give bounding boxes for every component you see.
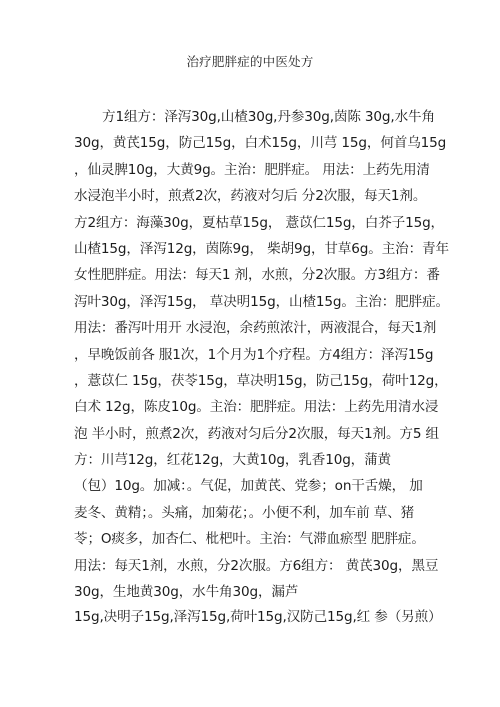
text-line: 15g,决明子15g,泽泻15g,荷叶15g,汉防己15g,红 参（另煎） [74,605,424,630]
text-line: 方：川芎12g，红花12g，大黄10g，乳香10g，蒲黄 [74,447,424,473]
text-line: 方1组方：泽泻30g,山楂30g,丹参30g,茵陈 30g,水牛角 [74,104,424,130]
text-line: 用法：番泻叶用开 水浸泡，余药煎浓汁，两液混合，每天1剂 [74,315,424,341]
text-line: 30g，黄芪15g，防己15g，白术15g，川芎 15g，何首乌15g [74,130,424,156]
text-line: 女性肥胖症。用法：每天1 剂，水煎，分2次服。方3组方：番 [74,262,424,288]
text-line: 泡 半小时，煎煮2次，药液对匀后分2次服，每天1剂。方5 组 [74,421,424,447]
text-line: 白术 12g，陈皮10g。主治：肥胖症。用法：上药先用清水浸 [74,394,424,420]
text-line: ，薏苡仁 15g，茯苓15g，草决明15g，防己15g，荷叶12g， [74,368,424,394]
text-line: 方2组方：海藻30g，夏枯草15g， 薏苡仁15g，白芥子15g， [74,210,424,236]
document-body: 方1组方：泽泻30g,山楂30g,丹参30g,茵陈 30g,水牛角 30g，黄芪… [74,104,424,630]
document-page: 治疗肥胖症的中医处方 方1组方：泽泻30g,山楂30g,丹参30g,茵陈 30g… [0,0,500,707]
text-line: 泻叶30g，泽泻15g， 草决明15g，山楂15g。主治：肥胖症。 [74,289,424,315]
text-line: 水浸泡半小时，煎煮2次，药液对匀后 分2次服，每天1剂。 [74,183,424,209]
text-line: 山楂15g，泽泻12g，茵陈9g， 柴胡9g，甘草6g。主治：青年 [74,236,424,262]
text-line: ，早晚饭前各 服1次，1个月为1个疗程。方4组方：泽泻15g [74,342,424,368]
text-line: 30g，生地黄30g，水牛角30g，漏芦 [74,579,424,605]
document-title: 治疗肥胖症的中医处方 [0,52,500,72]
text-line: 用法：每天1剂，水煎，分2次服。方6组方： 黄芪30g，黑豆 [74,553,424,579]
text-line: 麦冬、黄精；。头痛，加菊花；。小便不利，加车前 草、猪 [74,500,424,526]
text-line: 苓；O痰多，加杏仁、枇杷叶。主治：气滞血瘀型 肥胖症。 [74,526,424,552]
text-line: ，仙灵脾10g，大黄9g。主治：肥胖症。 用法：上药先用清 [74,157,424,183]
text-line: （包）10g。加减：。气促，加黄芪、党参；on干舌燥， 加 [74,473,424,499]
